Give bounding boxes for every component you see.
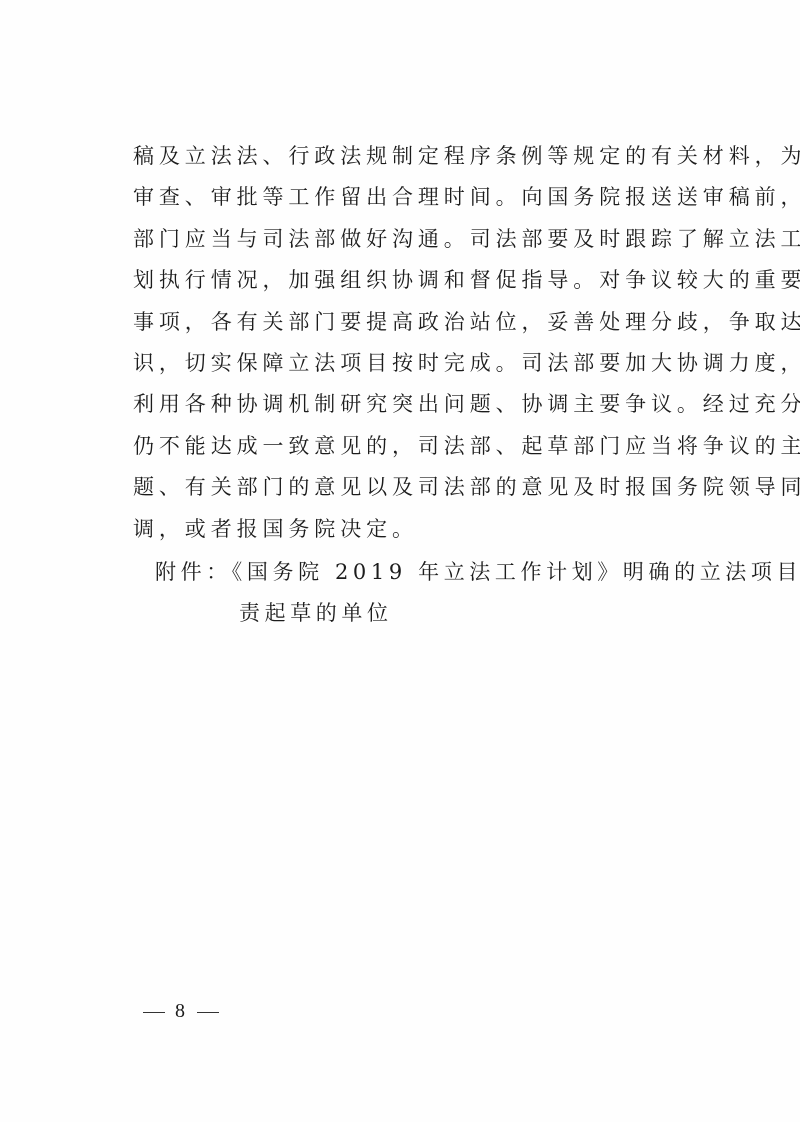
text-line: 稿及立法法、行政法规制定程序条例等规定的有关材料，为法规	[133, 136, 733, 177]
dash-left	[143, 1012, 165, 1013]
document-page: 稿及立法法、行政法规制定程序条例等规定的有关材料，为法规 审查、审批等工作留出合…	[0, 0, 800, 1122]
body-paragraph: 稿及立法法、行政法规制定程序条例等规定的有关材料，为法规 审查、审批等工作留出合…	[133, 136, 733, 550]
text-line: 调，或者报国务院决定。	[133, 509, 733, 550]
attachment-line-2: 责起草的单位	[155, 593, 735, 634]
text-line: 部门应当与司法部做好沟通。司法部要及时跟踪了解立法工作计	[133, 219, 733, 260]
text-line: 利用各种协调机制研究突出问题、协调主要争议。经过充分协调	[133, 384, 733, 425]
text-line: 事项，各有关部门要提高政治站位，妥善处理分歧，争取达成共	[133, 302, 733, 343]
text-line: 划执行情况，加强组织协调和督促指导。对争议较大的重要立法	[133, 260, 733, 301]
text-line: 审查、审批等工作留出合理时间。向国务院报送送审稿前，起草	[133, 177, 733, 218]
attachment-note: 附件：《国务院 2019 年立法工作计划》明确的立法项目及负 责起草的单位	[155, 552, 735, 635]
text-line: 仍不能达成一致意见的，司法部、起草部门应当将争议的主要问	[133, 426, 733, 467]
dash-right	[197, 1012, 219, 1013]
page-number-value: 8	[175, 1000, 187, 1022]
page-number: 8	[133, 1000, 229, 1023]
attachment-line-1: 附件：《国务院 2019 年立法工作计划》明确的立法项目及负	[155, 552, 735, 593]
text-line: 识，切实保障立法项目按时完成。司法部要加大协调力度，充分	[133, 343, 733, 384]
text-line: 题、有关部门的意见以及司法部的意见及时报国务院领导同志协	[133, 467, 733, 508]
